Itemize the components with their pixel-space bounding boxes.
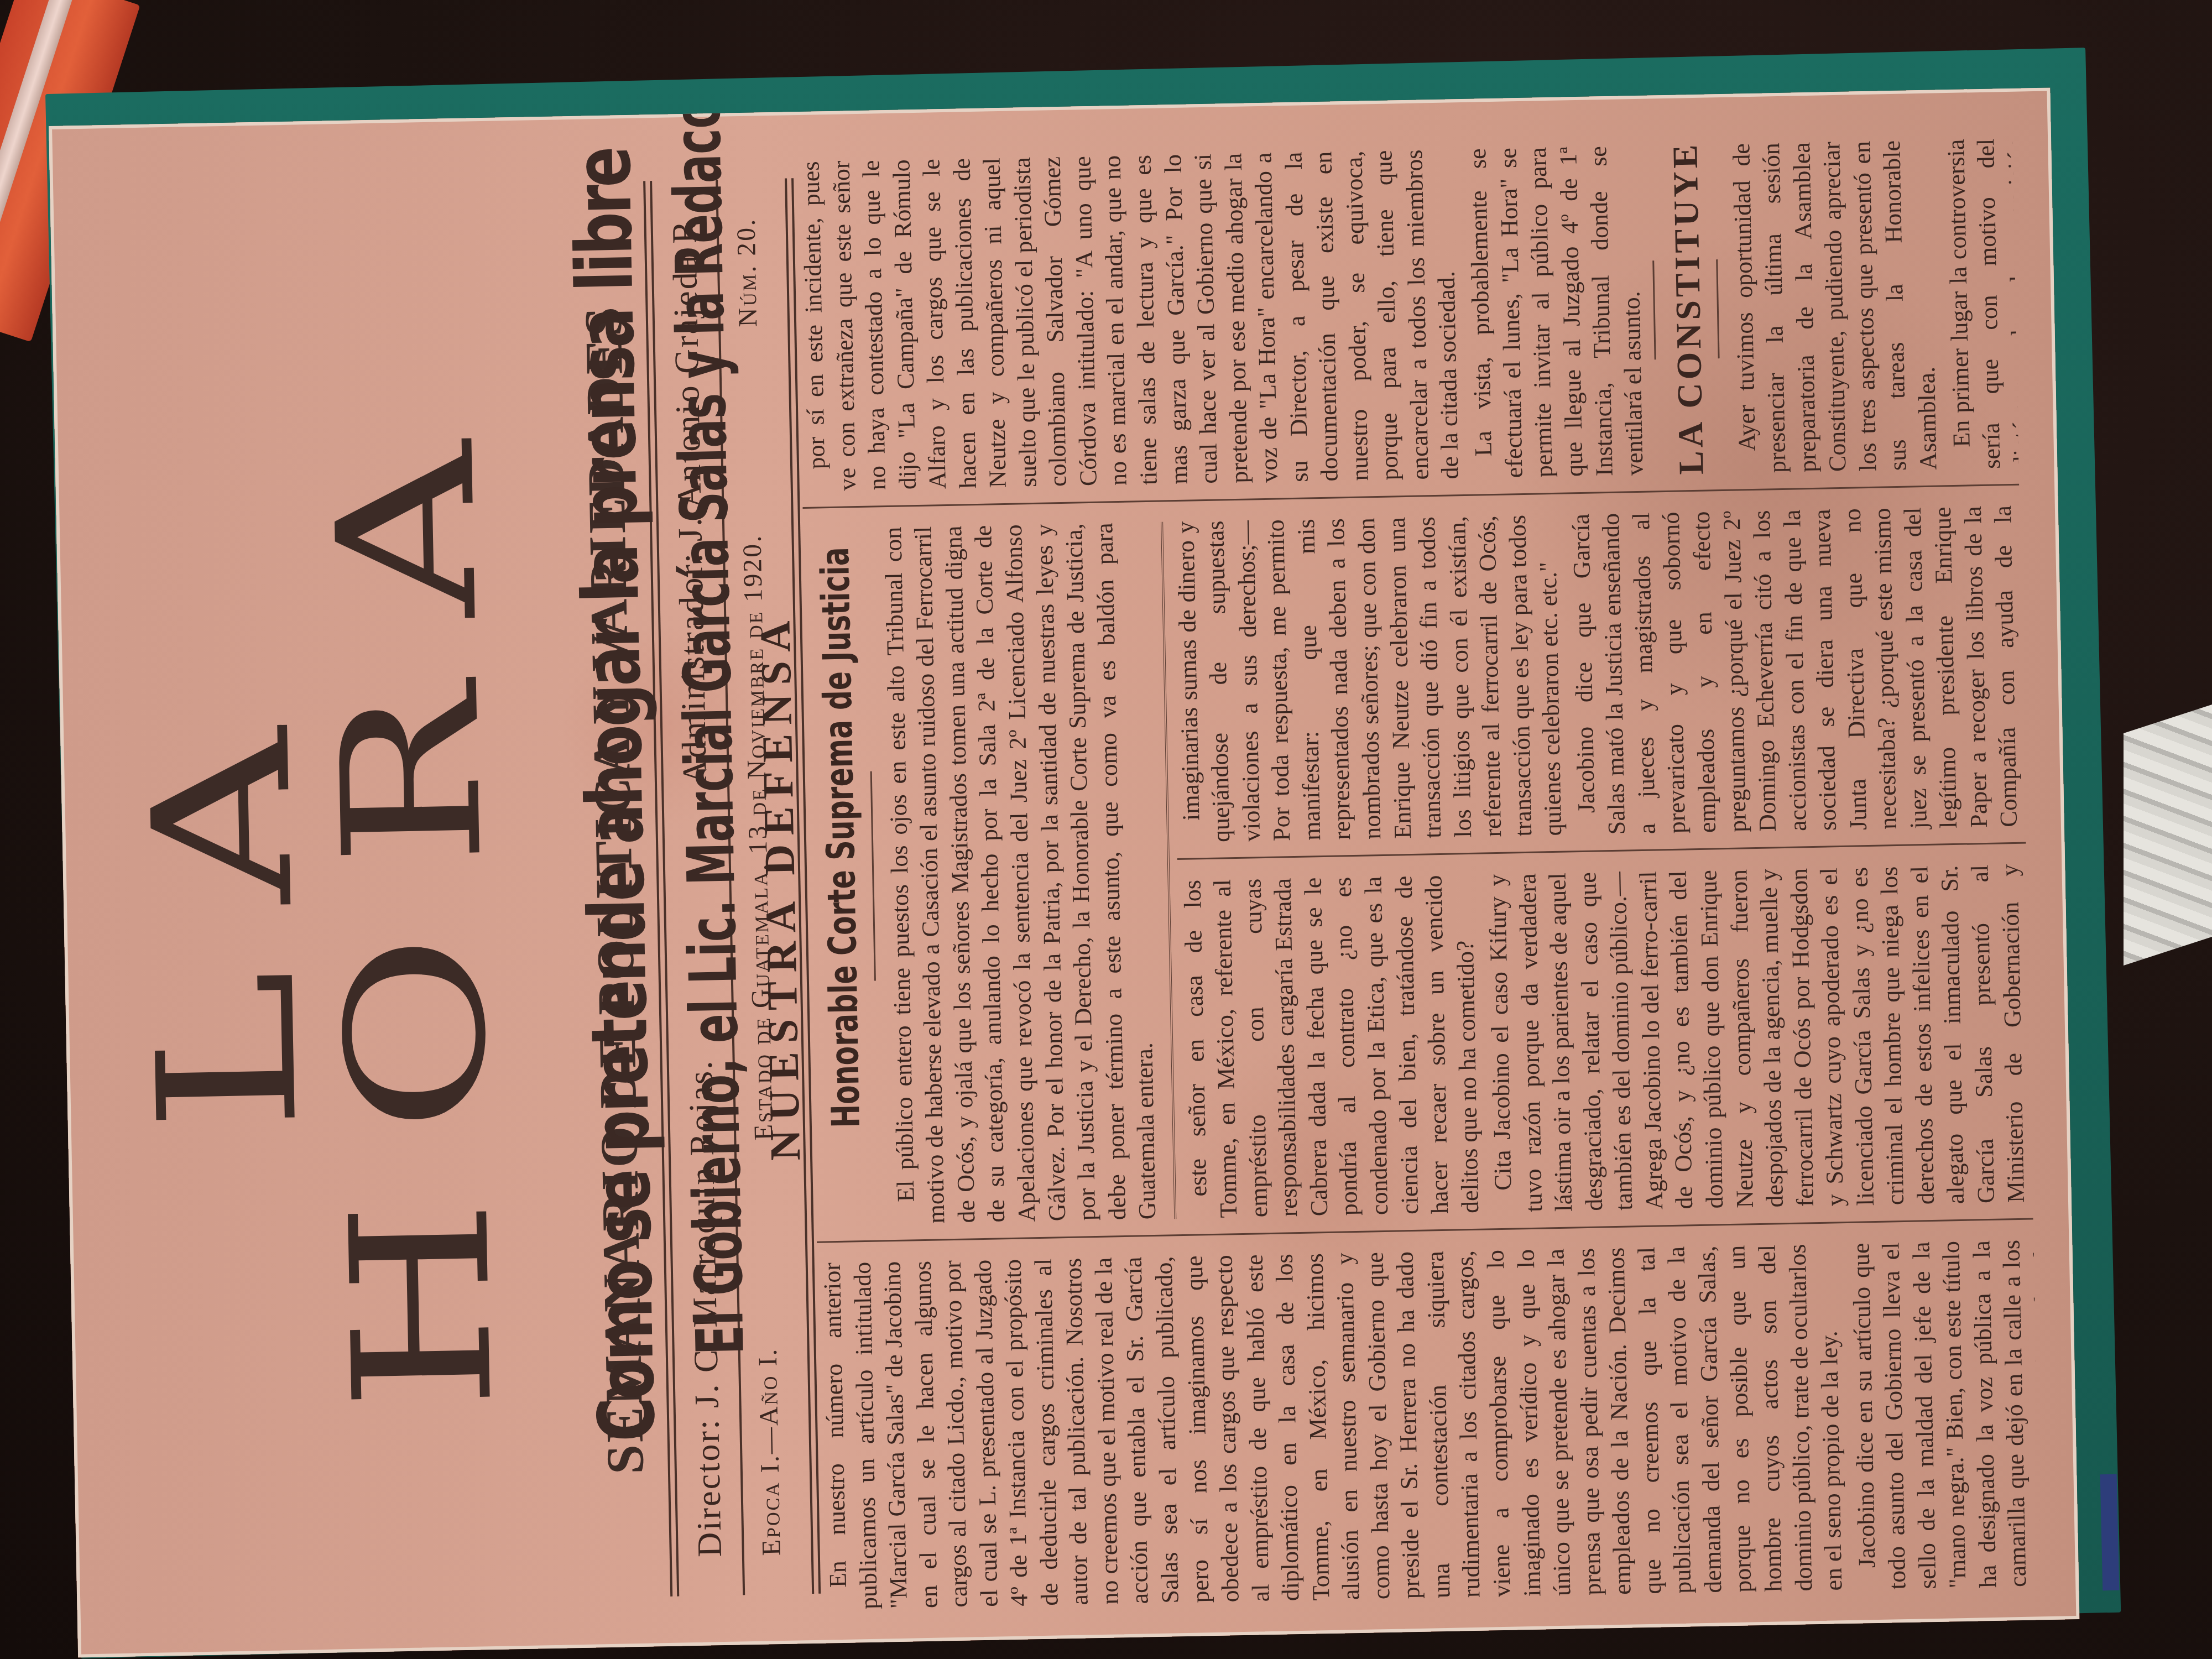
background-marble-surface	[2124, 705, 2212, 966]
article-heading-constituyente: LA CONSTITUYENTE	[1663, 144, 1714, 474]
paragraph: La vista, probablemente se efectuará el …	[1463, 145, 1650, 479]
newspaper-title: LA HORA	[116, 184, 523, 1606]
paragraph: imaginarias sumas de dinero y quejándose…	[1171, 514, 1569, 843]
binding-blue-strip	[2100, 1474, 2120, 1591]
article-columns: En nuestro número anterior publicamos un…	[796, 138, 2040, 1610]
heading-rule	[1716, 259, 1719, 358]
column-1: En nuestro número anterior publicamos un…	[817, 1239, 2041, 1610]
subcolumn-right: imaginarias sumas de dinero y quejándose…	[1171, 505, 2033, 860]
paragraph: este señor en casa de los Tomme, en Méxi…	[1177, 874, 1485, 1219]
paragraph: Jacobino dice en su artículo que todo as…	[1846, 1239, 2040, 1590]
paragraph: El público entero tiene puestos los ojos…	[878, 522, 1163, 1224]
paragraph: En primer lugar la controversia sería qu…	[1941, 138, 2020, 469]
heading-rule	[870, 771, 875, 980]
paragraph: Cita Jacobino el caso Kifury y tuvo razó…	[1483, 855, 2033, 1213]
paragraph: por sí en este incidente, pues ve con ex…	[796, 149, 1465, 492]
paragraph: Jacobino dice que García Salas mató la J…	[1566, 505, 2033, 836]
column-2: Honorable Corte Suprema de Justicia El p…	[803, 505, 2033, 1243]
column-3-4: por sí en este incidente, pues ve con ex…	[796, 138, 2019, 509]
paragraph: Ayer tuvimos oportunidad de presenciar l…	[1726, 139, 1944, 473]
section-rule	[1653, 260, 1656, 359]
main-headline: Como se pretende ahogar la prensa libre …	[559, 178, 818, 1598]
newspaper-sheet: LA HORA SEMANARIO DE POLITICA Y VARIEDAD…	[49, 88, 2080, 1658]
article-heading-corte-suprema: Honorable Corte Suprema de Justicia	[813, 625, 870, 1128]
headline-line-2: El Gobierno, el Lic. Marcial García Sala…	[664, 420, 758, 1355]
newspaper-page: LA HORA SEMANARIO DE POLITICA Y VARIEDAD…	[49, 88, 2080, 1658]
subcolumn-left: este señor en casa de los Tomme, en Méxi…	[1177, 853, 2033, 1219]
paragraph: En nuestro número anterior publicamos un…	[817, 1243, 1849, 1610]
continued-columns: este señor en casa de los Tomme, en Méxi…	[1161, 505, 2033, 1219]
